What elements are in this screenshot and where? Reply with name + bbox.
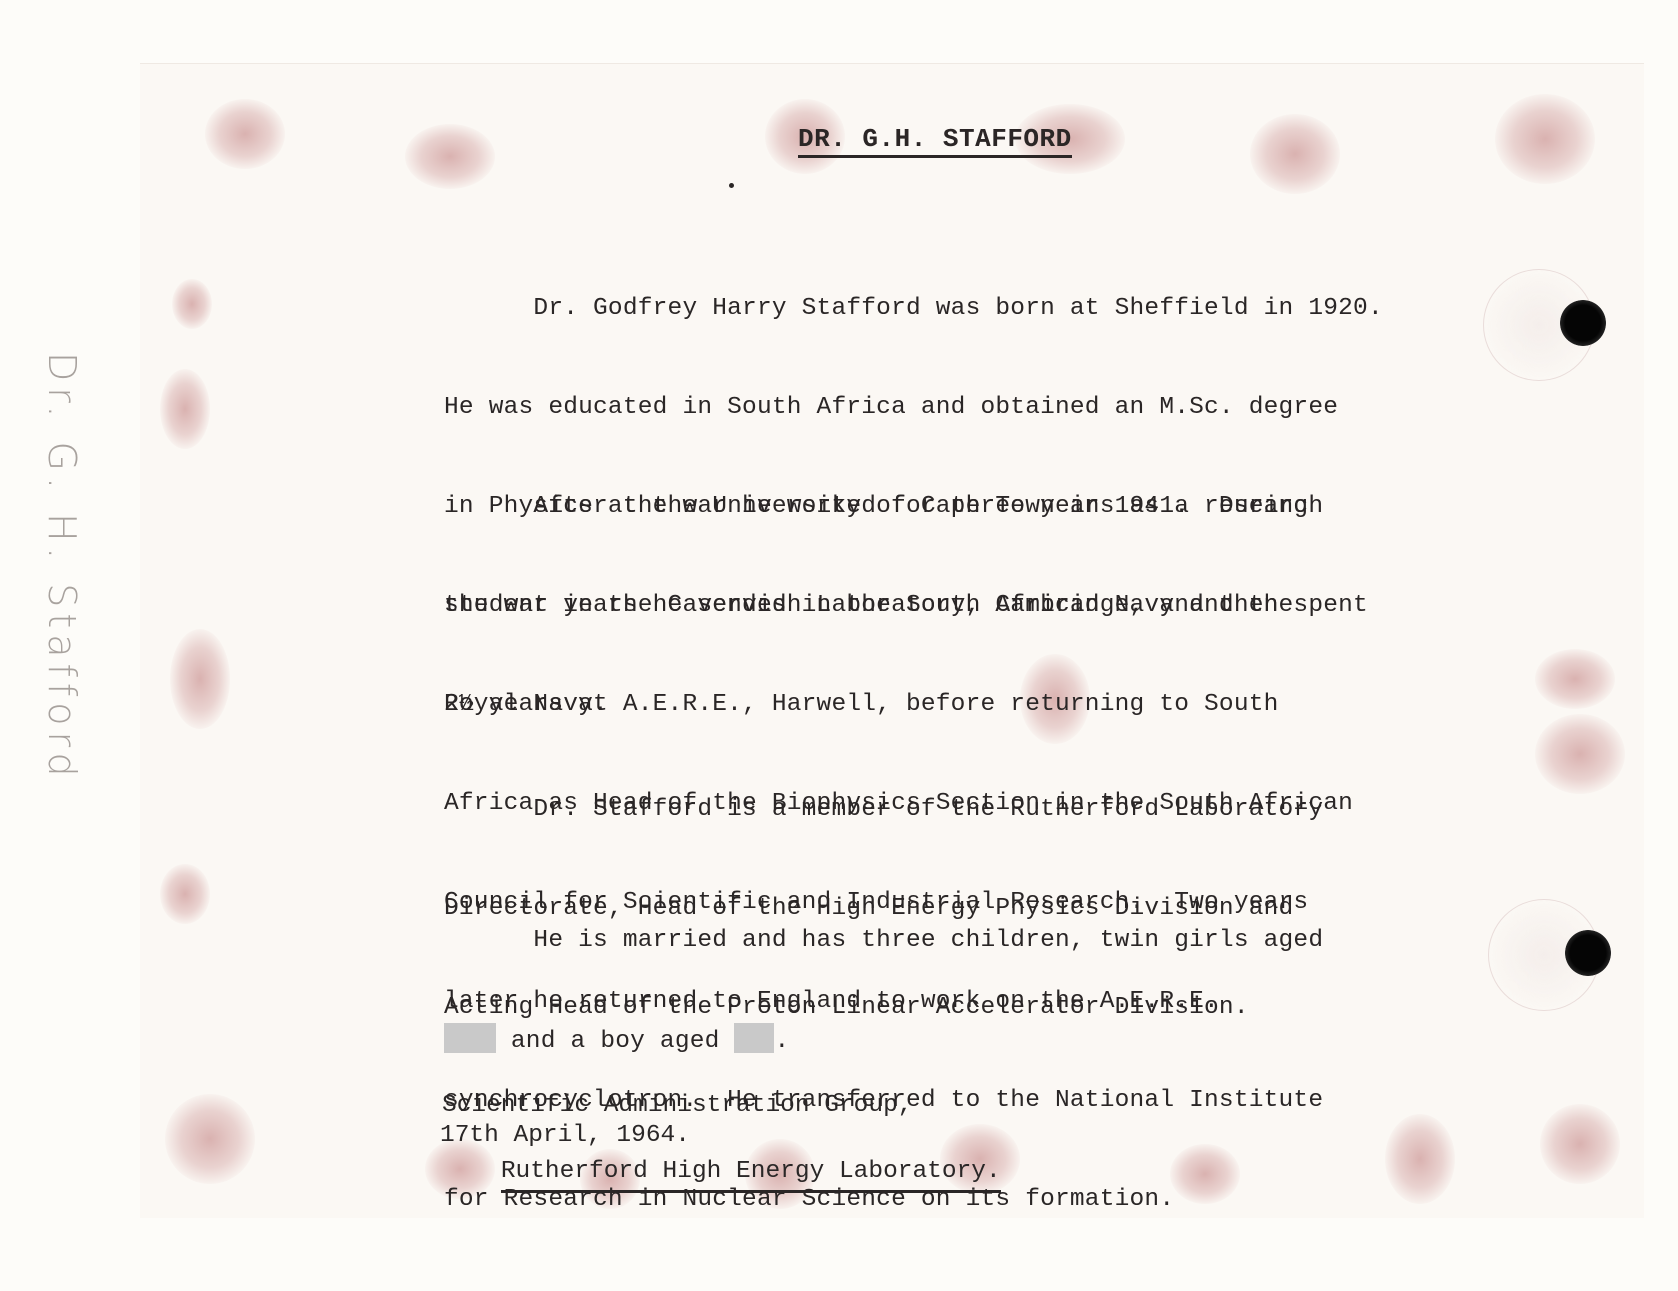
stain: [405, 124, 495, 189]
text-line: He was educated in South Africa and obta…: [444, 391, 1504, 424]
handwritten-margin-note: Dr. G. H. Stafford: [40, 352, 84, 712]
document-date: 17th April, 1964.: [440, 1122, 690, 1149]
text-line: 2½ years at A.E.R.E., Harwell, before re…: [444, 688, 1504, 721]
stain: [170, 629, 230, 729]
stain: [172, 279, 212, 329]
stain: [1495, 94, 1595, 184]
punch-hole: [1565, 930, 1611, 976]
scanned-page: Dr. G. H. Stafford DR. G.H. STAFFORD Dr.…: [0, 0, 1678, 1291]
text-line: Dr. Stafford is a member of the Rutherfo…: [444, 793, 1504, 826]
stain: [160, 864, 210, 924]
text-line: student in the Cavendish Laboratory, Cam…: [444, 589, 1504, 622]
signature-group: Scientific Administration Group,: [442, 1089, 1001, 1122]
stain: [1535, 714, 1625, 794]
text-line: After the war he worked for three years …: [444, 490, 1504, 523]
stain: [160, 369, 210, 449]
stain: [1535, 649, 1615, 709]
stain: [205, 99, 285, 169]
text-line: He is married and has three children, tw…: [444, 924, 1504, 957]
document-title: DR. G.H. STAFFORD: [798, 124, 1072, 158]
stain: [1250, 114, 1340, 194]
stain: [1540, 1104, 1620, 1184]
text-line: Dr. Godfrey Harry Stafford was born at S…: [444, 292, 1504, 325]
signature-organization: Rutherford High Energy Laboratory.: [501, 1155, 1001, 1193]
punch-hole: [1560, 300, 1606, 346]
stain: [165, 1094, 255, 1184]
ink-dot: [729, 183, 734, 188]
